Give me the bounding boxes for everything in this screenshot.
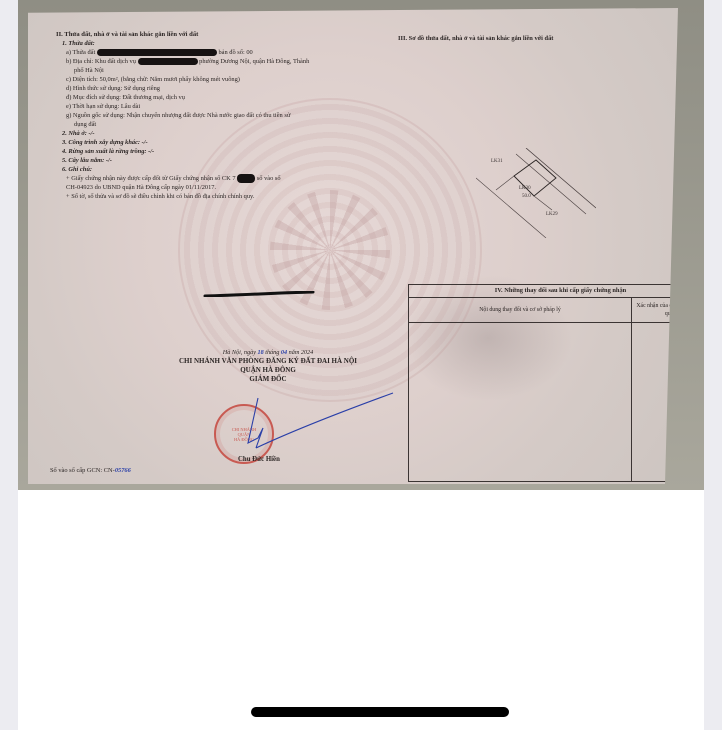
usage-term-line: e) Thời hạn sử dụng: Lâu dài: [56, 102, 376, 111]
column-header-confirmation: Xác nhận của cơ quan có thẩm quyền: [632, 298, 704, 323]
redaction-mark: [237, 174, 255, 183]
issuing-district: QUẬN HÀ ĐÔNG: [148, 366, 388, 375]
section-4-title: IV. Những thay đổi sau khi cấp giấy chứn…: [409, 285, 704, 298]
map-label: LK31: [491, 159, 503, 164]
issuing-office: CHI NHÁNH VĂN PHÒNG ĐĂNG KÝ ĐẤT ĐAI HÀ N…: [148, 357, 388, 366]
address-cont: phố Hà Nội: [56, 66, 376, 75]
notes-heading: 6. Ghi chú:: [56, 165, 376, 174]
usage-origin-cont: dụng đất: [56, 120, 376, 129]
usage-form-line: d) Hình thức sử dụng: Sử dụng riêng: [56, 84, 376, 93]
note-2: + Số tờ, số thửa và sơ đồ sẽ điều chỉnh …: [56, 192, 376, 201]
forest-item: 4. Rừng sản xuất là rừng trồng: -/-: [56, 147, 376, 156]
image-viewer: II. Thửa đất, nhà ở và tài sản khác gắn …: [18, 0, 704, 730]
signer-name: Chu Đức Hiền: [238, 455, 280, 464]
note-1: + Giấy chứng nhận này được cấp đổi từ Gi…: [56, 174, 376, 183]
changes-confirm-column: Xác nhận của cơ quan có thẩm quyền: [632, 298, 704, 481]
section-2-title: II. Thửa đất, nhà ở và tài sản khác gắn …: [56, 30, 376, 39]
note-1-cont: CH-04923 do UBND quận Hà Đông cấp ngày 0…: [56, 183, 376, 192]
certificate-photo[interactable]: II. Thửa đất, nhà ở và tài sản khác gắn …: [18, 0, 704, 490]
certificate-paper: II. Thửa đất, nhà ở và tài sản khác gắn …: [28, 8, 678, 484]
redaction-mark: [138, 58, 198, 65]
usage-origin-line: g) Nguồn gốc sử dụng: Nhận chuyển nhượng…: [56, 111, 376, 120]
home-indicator-bar[interactable]: [251, 707, 509, 717]
land-heading: 1. Thửa đất:: [56, 39, 376, 48]
redaction-mark: [97, 49, 217, 56]
section-3-title: III. Sơ đồ thửa đất, nhà ở và tài sản kh…: [398, 34, 553, 43]
certificate-serial: Số vào sổ cấp GCN: CN-05766: [50, 466, 131, 475]
issue-date: Hà Nội, ngày 18 tháng 04 năm 2024: [148, 348, 388, 357]
address-line: b) Địa chỉ: Khu đất dịch vụ phường Dương…: [56, 57, 376, 66]
other-construction-item: 3. Công trình xây dựng khác: -/-: [56, 138, 376, 147]
changes-table: IV. Những thay đổi sau khi cấp giấy chứn…: [408, 284, 704, 482]
land-parcel-line: a) Thửa đất bản đồ số: 00: [56, 48, 376, 57]
section-land-info: II. Thửa đất, nhà ở và tài sản khác gắn …: [56, 30, 376, 201]
column-header-content: Nội dung thay đổi và cơ sở pháp lý: [409, 298, 631, 323]
signer-role: GIÁM ĐỐC: [148, 375, 388, 384]
house-item: 2. Nhà ở: -/-: [56, 129, 376, 138]
handwritten-signature: [228, 388, 398, 458]
map-label: LK30: [519, 186, 531, 191]
perennial-tree-item: 5. Cây lâu năm: -/-: [56, 156, 376, 165]
redaction-stroke: [203, 291, 315, 297]
area-line: c) Diện tích: 50,0m², (bằng chữ: Năm mươ…: [56, 75, 376, 84]
signature-block: Hà Nội, ngày 18 tháng 04 năm 2024 CHI NH…: [148, 348, 388, 384]
usage-purpose-line: đ) Mục đích sử dụng: Đất thương mại, dịc…: [56, 93, 376, 102]
map-label: LK29: [546, 212, 558, 217]
map-label: 50.0: [522, 194, 531, 199]
changes-content-column: Nội dung thay đổi và cơ sở pháp lý: [409, 298, 632, 481]
